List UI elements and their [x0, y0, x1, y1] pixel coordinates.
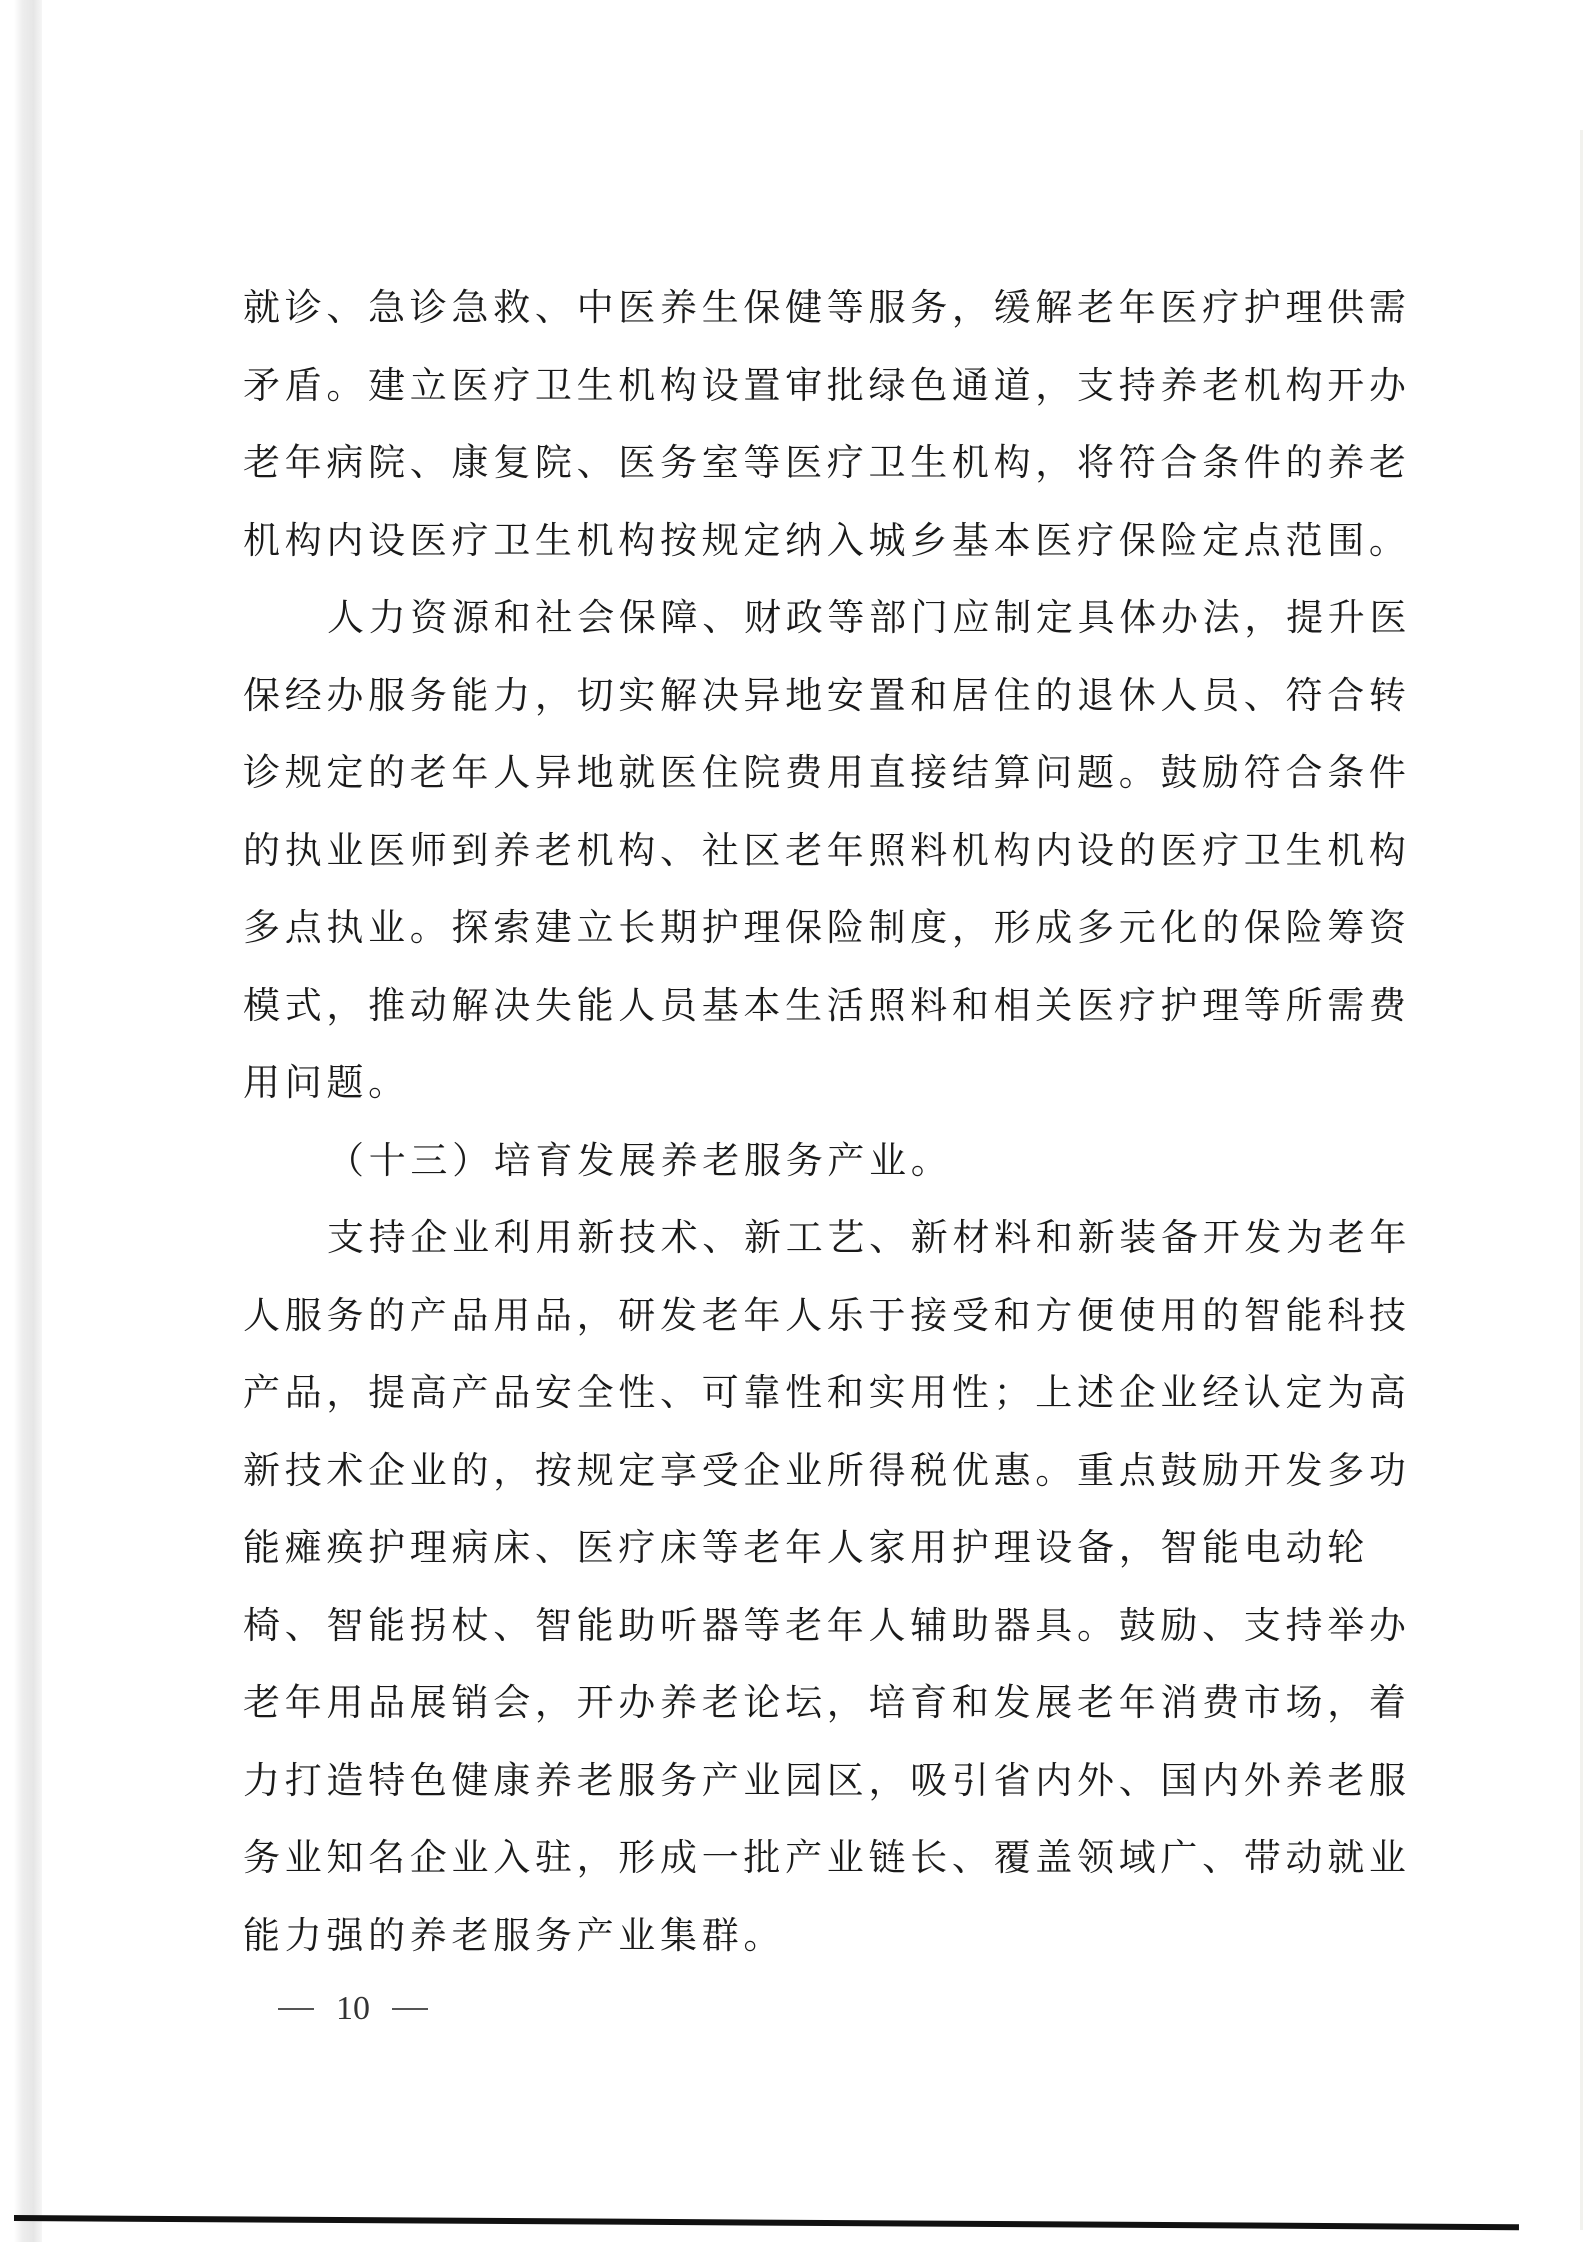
paragraph-line: 支持企业利用新技术、新工艺、新材料和新装备开发为老年	[243, 1210, 1415, 1288]
paragraph-line: 力打造特色健康养老服务产业园区，吸引省内外、国内外养老服	[243, 1753, 1415, 1831]
paragraph-line: 产品，提高产品安全性、可靠性和实用性；上述企业经认定为高	[243, 1365, 1415, 1443]
paragraph-line: 就诊、急诊急救、中医养生保健等服务，缓解老年医疗护理供需	[243, 280, 1415, 358]
paragraph-line: 模式，推动解决失能人员基本生活照料和相关医疗护理等所需费	[243, 978, 1415, 1056]
scan-bottom-edge-line	[14, 2215, 1519, 2230]
document-body: 就诊、急诊急救、中医养生保健等服务，缓解老年医疗护理供需 矛盾。建立医疗卫生机构…	[243, 280, 1415, 1985]
paragraph-line: 矛盾。建立医疗卫生机构设置审批绿色通道，支持养老机构开办	[243, 358, 1415, 436]
paragraph-line: 老年用品展销会，开办养老论坛，培育和发展老年消费市场，着	[243, 1675, 1415, 1753]
page-number-dash-right	[392, 2008, 428, 2010]
paragraph-line: 多点执业。探索建立长期护理保险制度，形成多元化的保险筹资	[243, 900, 1415, 978]
paragraph-line: 能力强的养老服务产业集群。	[243, 1908, 1415, 1986]
paragraph-line: 老年病院、康复院、医务室等医疗卫生机构，将符合条件的养老	[243, 435, 1415, 513]
paragraph-line: 用问题。	[243, 1055, 1415, 1133]
scan-right-edge	[1580, 130, 1583, 2230]
page-number-dash-left	[278, 2008, 314, 2010]
paragraph-line: 保经办服务能力，切实解决异地安置和居住的退休人员、符合转	[243, 668, 1415, 746]
paragraph-line: 人服务的产品用品，研发老年人乐于接受和方便使用的智能科技	[243, 1288, 1415, 1366]
page-number-value: 10	[336, 1990, 370, 2028]
paragraph-line: 的执业医师到养老机构、社区老年照料机构内设的医疗卫生机构	[243, 823, 1415, 901]
paragraph-line: 能瘫痪护理病床、医疗床等老年人家用护理设备，智能电动轮	[243, 1520, 1415, 1598]
paragraph-line: 新技术企业的，按规定享受企业所得税优惠。重点鼓励开发多功	[243, 1443, 1415, 1521]
paragraph-line: 机构内设医疗卫生机构按规定纳入城乡基本医疗保险定点范围。	[243, 513, 1415, 591]
page-number: 10	[278, 1990, 428, 2028]
paragraph-line: 诊规定的老年人异地就医住院费用直接结算问题。鼓励符合条件	[243, 745, 1415, 823]
section-heading: （十三）培育发展养老服务产业。	[243, 1133, 1415, 1211]
paragraph-line: 务业知名企业入驻，形成一批产业链长、覆盖领域广、带动就业	[243, 1830, 1415, 1908]
scan-left-edge	[14, 0, 42, 2242]
paragraph-line: 人力资源和社会保障、财政等部门应制定具体办法，提升医	[243, 590, 1415, 668]
paragraph-line: 椅、智能拐杖、智能助听器等老年人辅助器具。鼓励、支持举办	[243, 1598, 1415, 1676]
